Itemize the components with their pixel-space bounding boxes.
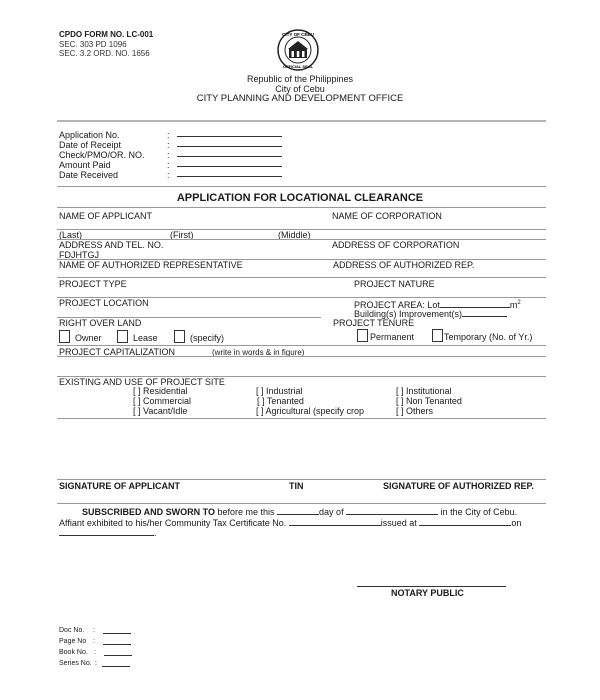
divider: [57, 503, 546, 504]
authorized-rep-label: NAME OF AUTHORIZED REPRESENTATIVE: [59, 260, 243, 270]
svg-text:OFFICIAL SEAL: OFFICIAL SEAL: [283, 64, 314, 69]
use-commercial[interactable]: [ ] Commercial: [133, 396, 191, 406]
date-received-field[interactable]: [177, 168, 282, 177]
page-no-label: Page No: [59, 638, 86, 645]
divider: [57, 345, 546, 346]
colon: :: [93, 627, 95, 634]
doc-no-field[interactable]: [103, 626, 131, 634]
header-divider: [57, 120, 546, 122]
oath-text: on: [511, 518, 521, 528]
project-nature-label: PROJECT NATURE: [354, 279, 435, 289]
doc-no-label: Doc No.: [59, 627, 84, 634]
application-no-label: Application No.: [59, 130, 120, 140]
rol-option-specify[interactable]: (specify): [174, 330, 224, 343]
amount-paid-field[interactable]: [177, 158, 282, 167]
oath-text: .: [154, 528, 157, 538]
ctc-date-field[interactable]: [59, 527, 154, 536]
lot-area-field[interactable]: [440, 299, 510, 308]
name-of-applicant-field[interactable]: [57, 219, 546, 229]
ctc-no-field[interactable]: [289, 517, 381, 526]
colon: :: [167, 150, 170, 160]
oath-line-1: SUBSCRIBED AND SWORN TO before me this d…: [82, 506, 517, 517]
checkbox-lease[interactable]: [117, 330, 128, 343]
section-ref-1: SEC. 303 PD 1096: [59, 40, 127, 49]
signature-line: [57, 479, 546, 480]
divider: [57, 186, 546, 187]
project-type-label: PROJECT TYPE: [59, 279, 127, 289]
permanent-label: Permanent: [370, 332, 414, 342]
oath-text: day of: [319, 507, 346, 517]
amount-paid-label: Amount Paid: [59, 160, 111, 170]
project-tenure-label: PROJECT TENURE: [333, 318, 414, 328]
tin-label: TIN: [289, 481, 304, 491]
day-field[interactable]: [277, 506, 319, 515]
divider: [57, 277, 546, 278]
oath-bold: SUBSCRIBED AND SWORN TO: [82, 507, 215, 517]
date-received-label: Date Received: [59, 170, 118, 180]
temporary-label: Temporary (No. of Yr.): [444, 332, 532, 342]
checkbox-specify[interactable]: [174, 330, 185, 343]
book-no-label: Book No.: [59, 649, 88, 656]
address-tel-label: ADDRESS AND TEL. NO.: [59, 240, 163, 250]
month-field[interactable]: [346, 506, 438, 515]
signature-applicant-label: SIGNATURE OF APPLICANT: [59, 481, 180, 491]
divider: [57, 207, 546, 208]
page-no-field[interactable]: [103, 637, 131, 645]
notary-public-label: NOTARY PUBLIC: [391, 588, 464, 598]
form-number: CPDO FORM NO. LC-001: [59, 30, 153, 39]
address-auth-rep-label: ADDRESS OF AUTHORIZED REP.: [333, 260, 474, 270]
building-improvement-field[interactable]: [462, 308, 507, 317]
divider: [57, 317, 321, 318]
city-seal-icon: CITY OF CEBU OFFICIAL SEAL: [272, 28, 324, 72]
section-ref-2: SEC. 3.2 ORD. NO. 1656: [59, 49, 150, 58]
use-non-tenanted[interactable]: [ ] Non Tenanted: [396, 396, 462, 406]
oath-text: in the City of Cebu.: [438, 507, 517, 517]
use-agricultural[interactable]: [ ] Agricultural (specify crop: [256, 406, 364, 416]
issued-at-field[interactable]: [419, 517, 511, 526]
notary-signature-line[interactable]: [357, 586, 506, 587]
use-vacant-idle[interactable]: [ ] Vacant/Idle: [133, 406, 187, 416]
oath-line-3: .: [59, 527, 157, 538]
header-office: CITY PLANNING AND DEVELOPMENT OFFICE: [0, 93, 600, 104]
right-over-land-label: RIGHT OVER LAND: [59, 318, 141, 328]
checkbox-permanent[interactable]: [357, 329, 368, 342]
colon: :: [167, 160, 170, 170]
colon: :: [167, 140, 170, 150]
series-no-label: Series No.: [59, 660, 92, 667]
divider: [57, 418, 546, 419]
lease-label: Lease: [133, 333, 158, 343]
checkbox-owner[interactable]: [59, 330, 70, 343]
application-no-field[interactable]: [177, 128, 282, 137]
date-of-receipt-label: Date of Receipt: [59, 140, 121, 150]
divider: [57, 356, 546, 357]
series-no-field[interactable]: [102, 659, 130, 667]
use-tenanted[interactable]: [ ] Tenanted: [257, 396, 304, 406]
unit-squared: 2: [517, 300, 520, 306]
address-corporation-label: ADDRESS OF CORPORATION: [332, 240, 459, 250]
project-location-label: PROJECT LOCATION: [59, 298, 149, 308]
date-of-receipt-field[interactable]: [177, 138, 282, 147]
colon: :: [95, 660, 97, 667]
owner-label: Owner: [75, 333, 102, 343]
signature-auth-rep-label: SIGNATURE OF AUTHORIZED REP.: [383, 481, 534, 491]
header-republic: Republic of the Philippines: [0, 74, 600, 84]
specify-label: (specify): [190, 333, 224, 343]
form-title: APPLICATION FOR LOCATIONAL CLEARANCE: [0, 192, 600, 204]
colon: :: [93, 638, 95, 645]
book-no-field[interactable]: [104, 648, 132, 656]
use-institutional[interactable]: [ ] Institutional: [396, 386, 452, 396]
colon: :: [167, 170, 170, 180]
tenure-option-permanent[interactable]: Permanent: [357, 329, 414, 342]
checkbox-temporary[interactable]: [432, 329, 443, 342]
use-industrial[interactable]: [ ] Industrial: [256, 386, 303, 396]
check-pmo-or-label: Check/PMO/OR. NO.: [59, 150, 145, 160]
tenure-option-temporary[interactable]: Temporary (No. of Yr.): [432, 329, 532, 342]
colon: :: [94, 649, 96, 656]
use-residential[interactable]: [ ] Residential: [133, 386, 188, 396]
oath-text: issued at: [381, 518, 420, 528]
svg-text:CITY OF CEBU: CITY OF CEBU: [282, 32, 314, 37]
rol-option-owner[interactable]: Owner: [59, 330, 102, 343]
check-pmo-or-field[interactable]: [177, 148, 282, 157]
rol-option-lease[interactable]: Lease: [117, 330, 158, 343]
use-others[interactable]: [ ] Others: [396, 406, 433, 416]
colon: :: [167, 130, 170, 140]
oath-text: before me this: [215, 507, 277, 517]
